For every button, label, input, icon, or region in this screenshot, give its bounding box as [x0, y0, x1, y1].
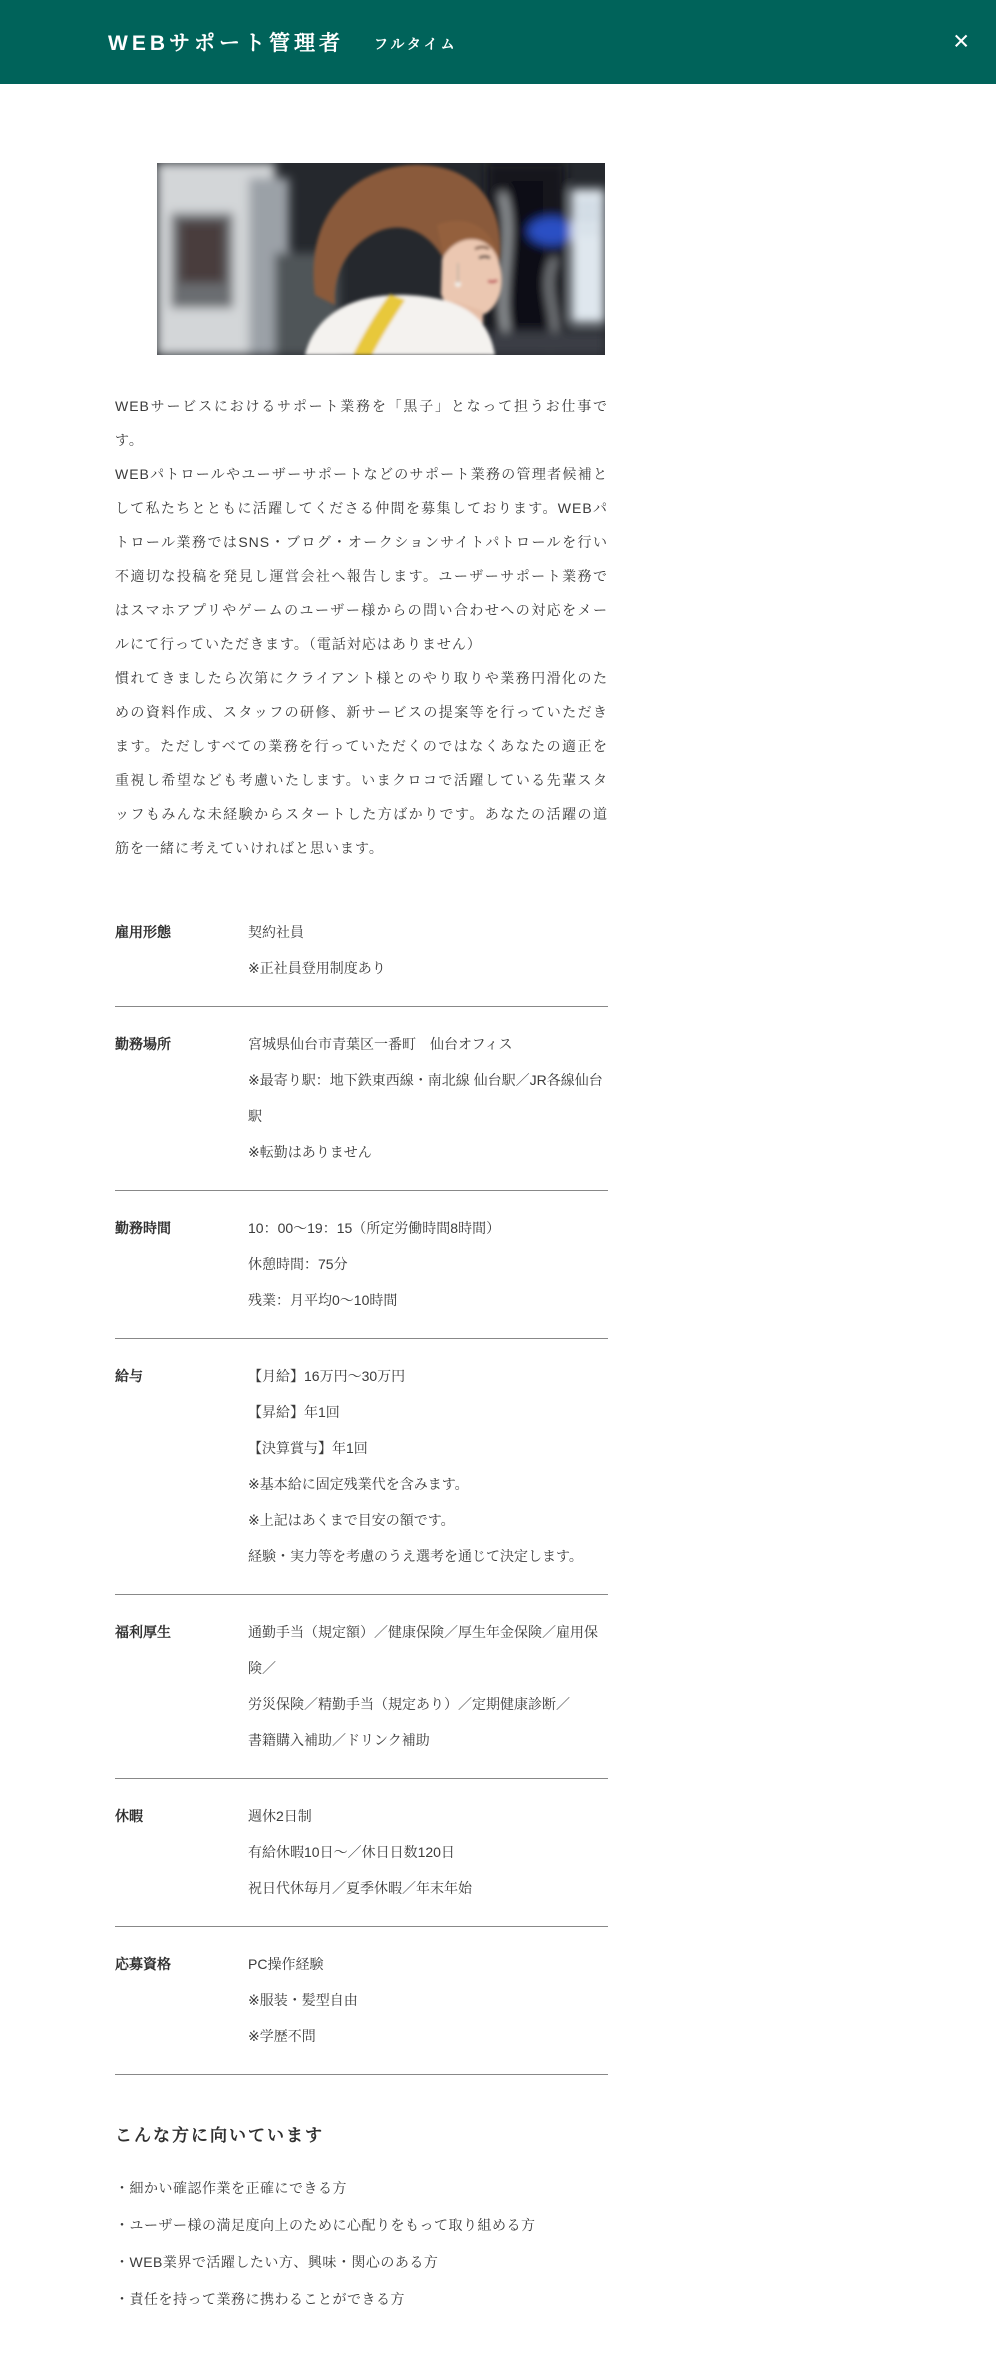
value-line: ※学歴不問 [248, 2018, 608, 2054]
table-row-qualifications: 応募資格 PC操作経験 ※服装・髪型自由 ※学歴不問 [115, 1927, 608, 2075]
office-photo-illustration [157, 163, 605, 355]
row-label: 福利厚生 [115, 1614, 248, 1758]
value-line: 宮城県仙台市青葉区一番町 仙台オフィス [248, 1026, 608, 1062]
description-paragraph: WEBパトロールやユーザーサポートなどのサポート業務の管理者候補として私たちとと… [115, 457, 608, 661]
value-line: 残業：月平均0〜10時間 [248, 1282, 608, 1318]
value-line: 休憩時間：75分 [248, 1246, 608, 1282]
value-line: 書籍購入補助／ドリンク補助 [248, 1722, 608, 1758]
value-line: 契約社員 [248, 914, 608, 950]
row-value: 通勤手当（規定額）／健康保険／厚生年金保険／雇用保険／ 労災保険／精勤手当（規定… [248, 1614, 608, 1758]
value-line: 週休2日制 [248, 1798, 608, 1834]
value-line: 10：00〜19：15（所定労働時間8時間） [248, 1210, 608, 1246]
table-row-work-location: 勤務場所 宮城県仙台市青葉区一番町 仙台オフィス ※最寄り駅：地下鉄東西線・南北… [115, 1007, 608, 1191]
job-details-table: 雇用形態 契約社員 ※正社員登用制度あり 勤務場所 宮城県仙台市青葉区一番町 仙… [115, 895, 608, 2075]
list-item: ・WEB業界で活躍したい方、興味・関心のある方 [115, 2244, 608, 2281]
table-row-benefits: 福利厚生 通勤手当（規定額）／健康保険／厚生年金保険／雇用保険／ 労災保険／精勤… [115, 1595, 608, 1779]
table-row-salary: 給与 【月給】16万円〜30万円 【昇給】年1回 【決算賞与】年1回 ※基本給に… [115, 1339, 608, 1595]
suited-section: こんな方に向いています ・細かい確認作業を正確にできる方 ・ユーザー様の満足度向… [115, 2121, 608, 2358]
value-line: 通勤手当（規定額）／健康保険／厚生年金保険／雇用保険／ [248, 1614, 608, 1686]
list-item: ・細かい確認作業を正確にできる方 [115, 2170, 608, 2207]
job-photo [157, 163, 605, 355]
row-value: 【月給】16万円〜30万円 【昇給】年1回 【決算賞与】年1回 ※基本給に固定残… [248, 1358, 608, 1574]
modal-header: WEBサポート管理者 フルタイム ✕ [0, 0, 996, 84]
value-line: ※上記はあくまで目安の額です。 [248, 1502, 608, 1538]
row-label: 勤務場所 [115, 1026, 248, 1170]
row-label: 勤務時間 [115, 1210, 248, 1318]
value-line: 経験・実力等を考慮のうえ選考を通じて決定します。 [248, 1538, 608, 1574]
row-label: 給与 [115, 1358, 248, 1574]
value-line: ※正社員登用制度あり [248, 950, 608, 986]
employment-type-badge: フルタイム [374, 30, 458, 54]
page-title: WEBサポート管理者 [108, 27, 344, 57]
value-line: ※基本給に固定残業代を含みます。 [248, 1466, 608, 1502]
table-row-employment-type: 雇用形態 契約社員 ※正社員登用制度あり [115, 895, 608, 1007]
section-heading: こんな方に向いています [115, 2121, 608, 2146]
value-line: 【昇給】年1回 [248, 1394, 608, 1430]
value-line: 労災保険／精勤手当（規定あり）／定期健康診断／ [248, 1686, 608, 1722]
job-detail-content: WEBサービスにおけるサポート業務を「黒子」となって担うお仕事です。 WEBパト… [115, 163, 608, 2358]
row-value: 宮城県仙台市青葉区一番町 仙台オフィス ※最寄り駅：地下鉄東西線・南北線 仙台駅… [248, 1026, 608, 1170]
description-paragraph: WEBサービスにおけるサポート業務を「黒子」となって担うお仕事です。 [115, 389, 608, 457]
value-line: 【決算賞与】年1回 [248, 1430, 608, 1466]
list-item: ・ユーザー様の満足度向上のために心配りをもって取り組める方 [115, 2207, 608, 2244]
value-line: 祝日代休毎月／夏季休暇／年末年始 [248, 1870, 608, 1906]
value-line: ※転勤はありません [248, 1134, 608, 1170]
table-row-holidays: 休暇 週休2日制 有給休暇10日〜／休日日数120日 祝日代休毎月／夏季休暇／年… [115, 1779, 608, 1927]
description-paragraph: 慣れてきましたら次第にクライアント様とのやり取りや業務円滑化のための資料作成、ス… [115, 661, 608, 865]
value-line: 有給休暇10日〜／休日日数120日 [248, 1834, 608, 1870]
row-label: 休暇 [115, 1798, 248, 1906]
row-label: 応募資格 [115, 1946, 248, 2054]
value-line: ※最寄り駅：地下鉄東西線・南北線 仙台駅／JR各線仙台駅 [248, 1062, 608, 1134]
row-value: 契約社員 ※正社員登用制度あり [248, 914, 608, 986]
value-line: ※服装・髪型自由 [248, 1982, 608, 2018]
close-icon[interactable]: ✕ [944, 24, 978, 61]
job-description: WEBサービスにおけるサポート業務を「黒子」となって担うお仕事です。 WEBパト… [115, 389, 608, 865]
row-value: 週休2日制 有給休暇10日〜／休日日数120日 祝日代休毎月／夏季休暇／年末年始 [248, 1798, 608, 1906]
row-value: 10：00〜19：15（所定労働時間8時間） 休憩時間：75分 残業：月平均0〜… [248, 1210, 608, 1318]
row-value: PC操作経験 ※服装・髪型自由 ※学歴不問 [248, 1946, 608, 2054]
suited-list: ・細かい確認作業を正確にできる方 ・ユーザー様の満足度向上のために心配りをもって… [115, 2170, 608, 2318]
value-line: PC操作経験 [248, 1946, 608, 1982]
table-row-work-hours: 勤務時間 10：00〜19：15（所定労働時間8時間） 休憩時間：75分 残業：… [115, 1191, 608, 1339]
value-line: 【月給】16万円〜30万円 [248, 1358, 608, 1394]
list-item: ・責任を持って業務に携わることができる方 [115, 2281, 608, 2318]
row-label: 雇用形態 [115, 914, 248, 986]
